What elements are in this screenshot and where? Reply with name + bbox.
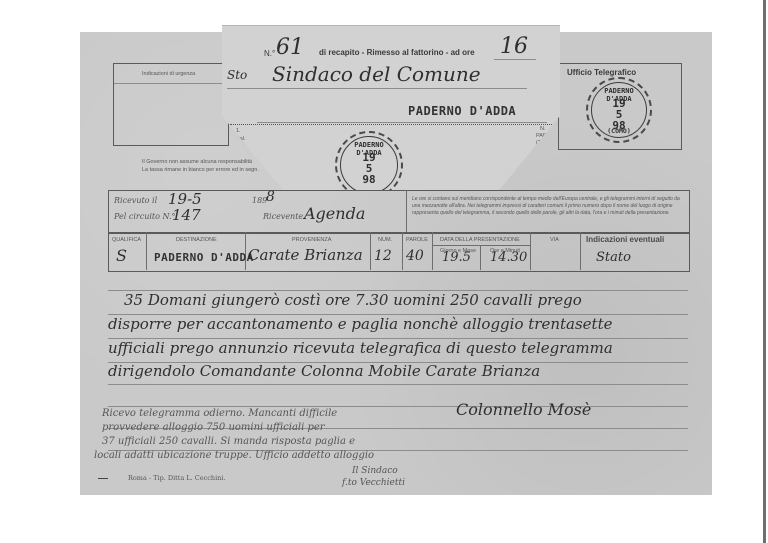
year-value: 8: [266, 189, 275, 205]
envelope-flap: N.° 61 di recapito - Rimesso al fattorin…: [222, 25, 560, 190]
addressee: Sindaco del Comune: [272, 62, 481, 86]
header-parole: PAROLE: [406, 237, 428, 243]
delivery-label: di recapito - Rimesso al fattorino - ad …: [319, 48, 475, 57]
header-via: VIA: [550, 237, 559, 243]
header-num: NUM.: [378, 237, 392, 243]
reply-line-2: provvedere alloggio 750 uomini ufficiali…: [102, 422, 325, 433]
scan-edge-bar: [763, 0, 766, 543]
header-provenienza: PROVENIENZA: [292, 237, 331, 243]
cell-destinazione: PADERNO D'ADDA: [154, 251, 254, 264]
delivery-hour: 16: [500, 34, 528, 59]
number-label: N.°: [264, 49, 275, 58]
message-line-4: dirigendolo Comandante Colonna Mobile Ca…: [108, 362, 540, 380]
cell-qualifica: S: [116, 246, 127, 265]
notice-line-1: Il Governo non assume alcuna responsabil…: [142, 159, 252, 165]
reply-line-4: locali adatti ubicazione truppe. Ufficio…: [94, 450, 374, 461]
cell-provenienza: Carate Brianza: [248, 246, 363, 264]
flap-label-right-1: N.: [540, 126, 546, 132]
urgency-box: Indicazioni di urgenza: [113, 63, 229, 146]
urgency-box-title: Indicazioni di urgenza: [142, 71, 195, 77]
cell-num: 12: [374, 248, 392, 264]
office-box-title: Ufficio Telegrafico: [567, 68, 636, 77]
cell-ore-minuti: 14.30: [490, 250, 527, 265]
printer-credit: Roma - Tip. Ditta L. Cecchini.: [128, 474, 225, 482]
year-label: 189: [252, 196, 267, 205]
reply-line-1: Ricevo telegramma odierno. Mancanti diff…: [102, 408, 337, 419]
message-line-2: disporre per accantonamento e paglia non…: [108, 315, 612, 333]
received-label: Ricevuto il: [114, 196, 157, 205]
cell-indicazioni: Stato: [596, 250, 631, 265]
header-qualifica: QUALIFICA: [112, 237, 141, 243]
signature: Colonnello Mosè: [456, 400, 591, 419]
destination-stamp: PADERNO D'ADDA: [408, 104, 516, 118]
received-by-label: Ricevente: [263, 212, 303, 221]
header-destinazione: DESTINAZIONE: [176, 237, 217, 243]
reply-signature-1: Il Sindaco: [352, 466, 398, 476]
office-box: Ufficio Telegrafico PADERNO D'ADDA 19 5 …: [558, 63, 682, 150]
received-by-value: Agenda: [304, 204, 365, 223]
circuit-label: Pel circuito N.°: [114, 212, 176, 221]
number-value: 61: [276, 35, 304, 60]
message-line-3: ufficiali prego annunzio ricevuta telegr…: [108, 339, 613, 357]
circuit-value: 147: [172, 206, 201, 224]
postmark-center: PADERNO D'ADDA 19 5 98: [340, 136, 398, 194]
reply-line-3: 37 ufficiali 250 cavalli. Si manda rispo…: [102, 436, 355, 447]
header-indicazioni: Indicazioni eventuali: [586, 235, 664, 244]
message-line-1: 35 Domani giungerò costì ore 7.30 uomini…: [124, 291, 582, 309]
postmark-right: PADERNO D'ADDA 19 5 98 (COMO): [591, 82, 647, 138]
reply-signature-2: f.to Vecchietti: [342, 478, 405, 488]
notice-line-2: La tassa rimane in bianco per errore ed …: [142, 167, 259, 173]
instructions-text: Le ore si contano sul meridiano corrispo…: [412, 196, 682, 217]
flap-label-left-1: 1.: [236, 128, 241, 134]
cell-parole: 40: [406, 248, 424, 264]
header-data-presentazione: DATA DELLA PRESENTAZIONE: [440, 237, 520, 243]
cell-giorno-mese: 19.5: [442, 250, 471, 265]
addressee-prefix: Sto: [227, 68, 247, 82]
